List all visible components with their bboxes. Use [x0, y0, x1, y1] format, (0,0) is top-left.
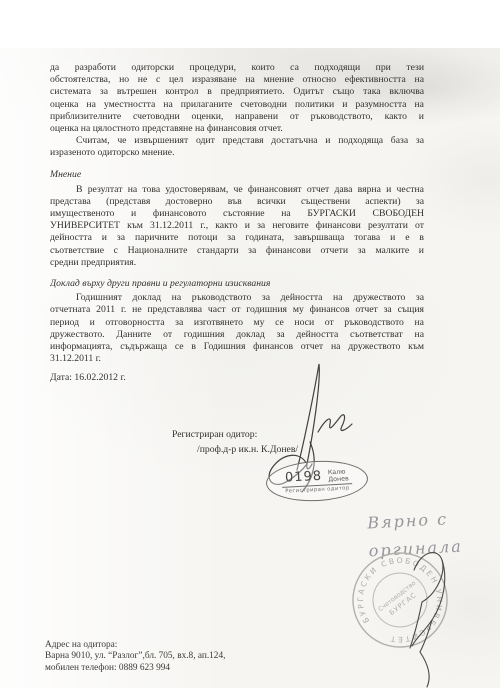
- stamp-signature-icon: [392, 540, 460, 688]
- text-line: представа (представя достоверно във всич…: [50, 196, 424, 208]
- text-line: оценка на уместността на прилаганите сче…: [50, 99, 424, 111]
- stamp-name-line: Донев: [328, 475, 349, 483]
- text-line: период и отговорността за изготвянето му…: [50, 317, 424, 329]
- text-line: Считам, че извършеният одит представя до…: [50, 135, 424, 147]
- heading-other-requirements: Доклад върху други правни и регулаторни …: [50, 278, 424, 290]
- text-line: приблизителните счетоводни оценки, напра…: [50, 111, 424, 123]
- text-line: изразеното одиторско мнение.: [50, 147, 424, 159]
- address-heading: Адрес на одитора:: [45, 640, 225, 651]
- address-phone: мобилен телефон: 0889 623 994: [45, 663, 225, 674]
- text-line: Годишният доклад на ръководството за дей…: [50, 292, 424, 304]
- text-line: съответствие с Националните стандарти за…: [50, 245, 424, 257]
- auditor-address-block: Адрес на одитора: Варна 9010, ул. “Разло…: [45, 640, 225, 674]
- text-line: имущественото и финансовото състояние на…: [50, 208, 424, 220]
- text-line: да разработи одиторски процедури, които …: [50, 62, 424, 74]
- registered-auditor-label: Регистриран одитор:: [172, 429, 257, 440]
- text-line: дружеството. Данните от годишния доклад …: [50, 329, 424, 341]
- text-line: оценка на цялостното представяне на фина…: [50, 123, 424, 135]
- heading-opinion: Мнение: [50, 169, 424, 181]
- document-body: да разработи одиторски процедури, които …: [50, 62, 424, 385]
- auditor-name: /проф.д-р ик.н. К.Донев/: [197, 444, 298, 455]
- stamp-number: 0198: [285, 469, 323, 486]
- address-line: Варна 9010, ул. “Разлог”,бл. 705, вх.8, …: [45, 651, 225, 662]
- text-line: отчетната 2011 г. не представлява част о…: [50, 304, 424, 316]
- text-line: В резултат на това удостоверявам, че фин…: [50, 184, 424, 196]
- text-line: дейността и за паричните потоци за годин…: [50, 232, 424, 244]
- text-line: обстоятелства, но не с цел изразяване на…: [50, 74, 424, 86]
- text-line: системата за вътрешен контрол в предприя…: [50, 86, 424, 98]
- stamp-auditor-name: Калю Донев: [328, 468, 349, 483]
- text-line: средни предприятия.: [50, 257, 424, 269]
- paragraph-audit-scope: да разработи одиторски процедури, които …: [50, 62, 424, 135]
- text-line: УНИВЕРСИТЕТ към 31.12.2011 г., както и з…: [50, 220, 424, 232]
- paragraph-audit-basis: Считам, че извършеният одит представя до…: [50, 135, 424, 159]
- paragraph-opinion: В резултат на това удостоверявам, че фин…: [50, 184, 424, 269]
